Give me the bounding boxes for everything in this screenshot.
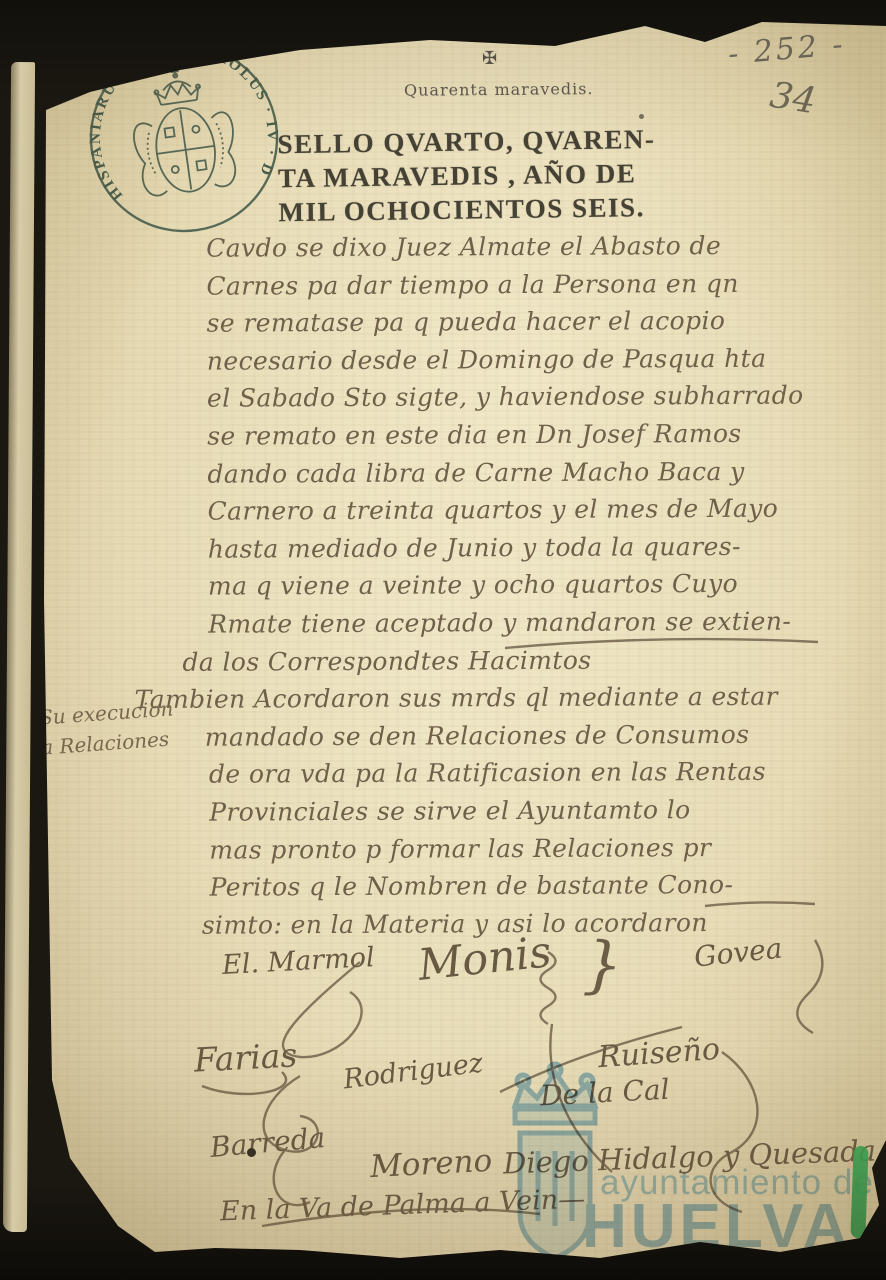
manuscript-line: de ora vda pa la Ratificasion en las Ren… bbox=[209, 753, 849, 794]
signature-marmol: El. Marmol bbox=[221, 942, 375, 981]
closing-dateline: En la Va de Palma a Vein— bbox=[220, 1184, 586, 1228]
manuscript-line: Tambien Acordaron sus mrds ql mediante a… bbox=[134, 677, 848, 718]
manuscript-line: Peritos q le Nombren de bastante Cono- bbox=[209, 865, 849, 906]
ink-blot bbox=[247, 1148, 256, 1157]
manuscript-line: da los Correspondtes Hacimtos bbox=[182, 640, 848, 681]
manuscript-line: Carnero a treinta quartos y el mes de Ma… bbox=[208, 489, 848, 530]
signature-moreno: Moreno bbox=[369, 1143, 493, 1185]
margin-note: Su execucion a Relaciones bbox=[38, 693, 176, 762]
svg-text:HISPANIARUM REX · CAROLUS · I: HISPANIARUM REX · CAROLUS · IV · D · G · bbox=[71, 25, 288, 212]
manuscript-line: el Sabado Sto sigte, y haviendose subhar… bbox=[207, 377, 847, 418]
signature-ruiseno: Ruiseño bbox=[597, 1032, 721, 1075]
signature-brace-flourish: } bbox=[582, 927, 624, 1001]
signature-farias: Farias bbox=[193, 1035, 298, 1079]
watermark-text-large: HUELVA bbox=[582, 1191, 852, 1262]
signature-rodriguez: Rodriguez bbox=[342, 1048, 485, 1096]
adjacent-page-edge bbox=[3, 62, 35, 1232]
manuscript-line: ma q viene a veinte y ocho quartos Cuyo bbox=[208, 565, 848, 606]
manuscript-line: Carnes pa dar tiempo a la Persona en qn bbox=[206, 264, 846, 305]
manuscript-line: dando cada libra de Carne Macho Baca y bbox=[207, 452, 847, 493]
ink-blot bbox=[639, 114, 644, 119]
signature-hidalgo: Diego Hidalgo y Quesada bbox=[503, 1133, 877, 1180]
printed-heading-line: MIL OCHOCIENTOS SEIS. bbox=[278, 189, 738, 229]
secondary-number: 34 bbox=[767, 75, 819, 123]
signature-delacal: De la Cal bbox=[539, 1073, 670, 1113]
manuscript-line: mandado se den Relaciones de Consumos bbox=[205, 715, 849, 756]
coat-of-arms-icon bbox=[125, 62, 241, 199]
document-photo: { "photo": { "background_color": "#1b181… bbox=[0, 0, 886, 1280]
manuscript-line: Provinciales se sirve el Ayuntamto lo bbox=[209, 790, 849, 831]
manuscript-line: Cavdo se dixo Juez Almate el Abasto de bbox=[206, 226, 846, 267]
printed-heading: SELLO QVARTO, QVAREN- TA MARAVEDIS , AÑO… bbox=[277, 121, 738, 229]
manuscript-page: - 252 - 34 ✠ Quarenta maravedis. bbox=[0, 0, 886, 1280]
signature-barreda: Barreda bbox=[209, 1121, 327, 1164]
manuscript-line: mas pronto p formar las Relaciones pr bbox=[209, 828, 849, 869]
manuscript-body: Cavdo se dixo Juez Almate el Abasto de C… bbox=[206, 226, 850, 944]
manuscript-line: Rmate tiene aceptado y mandaron se extie… bbox=[208, 602, 848, 643]
manuscript-line: necesario desde el Domingo de Pasqua hta bbox=[207, 339, 847, 380]
tax-caption: Quarenta maravedis. bbox=[404, 79, 594, 100]
manuscript-line: se rematase pa q pueda hacer el acopio bbox=[207, 302, 847, 343]
manuscript-line: se remato en este dia en Dn Josef Ramos bbox=[207, 414, 847, 455]
royal-seal-stamp: HISPANIARUM REX · CAROLUS · IV · D · G · bbox=[71, 25, 297, 251]
cross-ornament-icon: ✠ bbox=[482, 48, 497, 69]
green-edge-smudge bbox=[850, 1146, 868, 1238]
folio-number: - 252 - bbox=[727, 27, 847, 72]
manuscript-line: hasta mediado de Junio y toda la quares- bbox=[208, 527, 848, 568]
seal-legend: HISPANIARUM REX · CAROLUS · IV · D · G · bbox=[71, 25, 288, 212]
